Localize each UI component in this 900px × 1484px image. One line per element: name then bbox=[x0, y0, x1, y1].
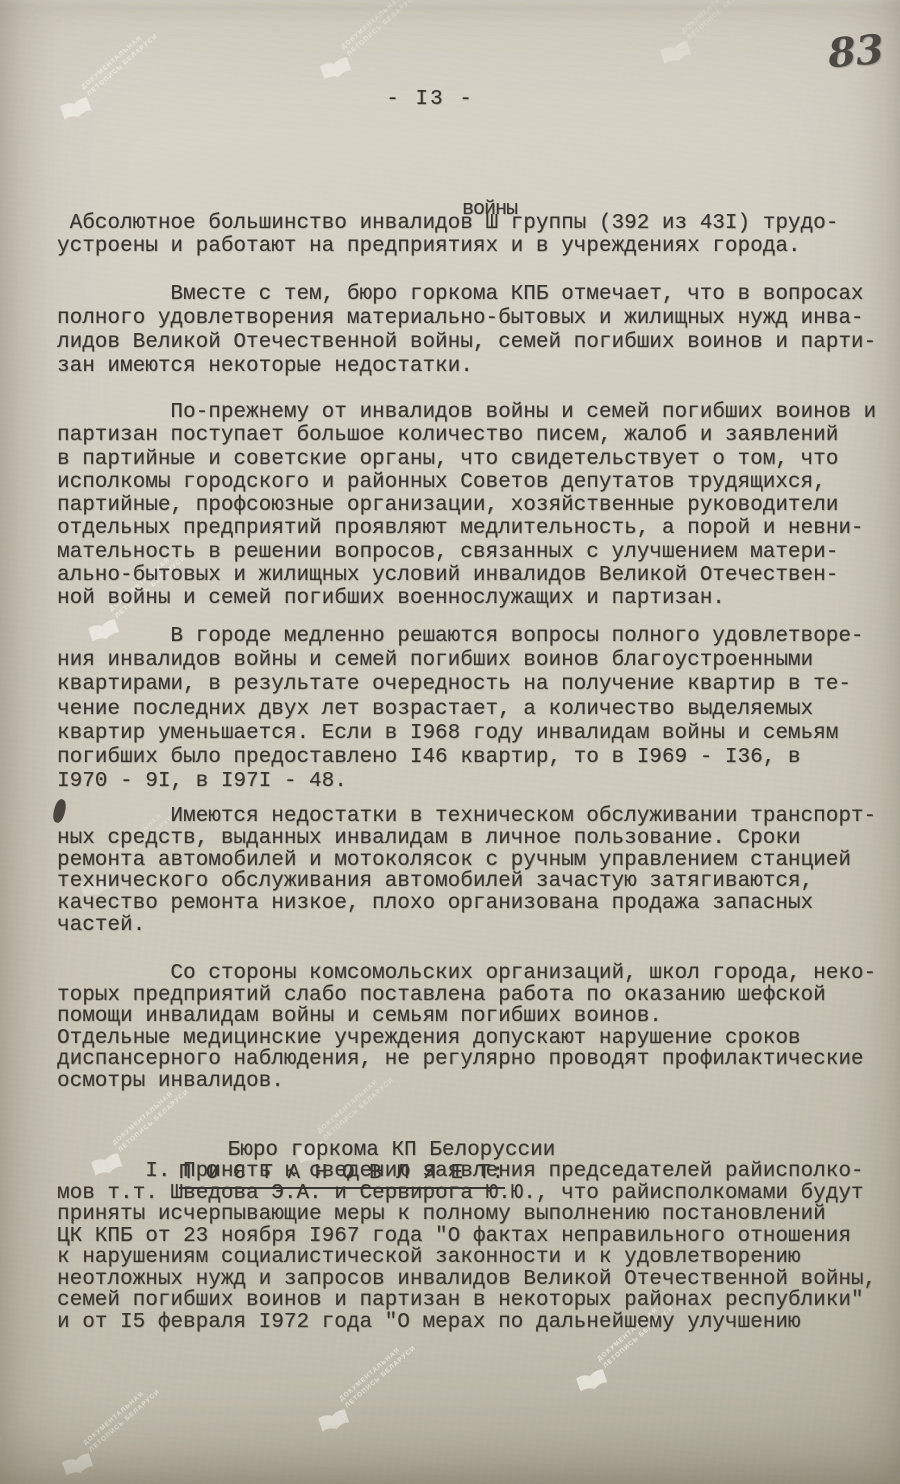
document-text: 83 - I3 - войны Абсолютное большинство и… bbox=[0, 0, 900, 1484]
text-line: качество ремонта низкое, плохо организов… bbox=[57, 893, 896, 915]
typed-page-number: - I3 - bbox=[0, 88, 860, 111]
text-line: Абсолютное большинство инвалидов Ш групп… bbox=[57, 212, 896, 235]
text-line: отдельных предприятий проявляют медлител… bbox=[57, 517, 896, 540]
text-line: По-прежнему от инвалидов войны и семей п… bbox=[57, 401, 896, 424]
text-line: и от I5 февраля I972 года "О мерах по да… bbox=[57, 1312, 896, 1334]
paragraph-5: Имеются недостатки в техническом обслужи… bbox=[57, 806, 896, 937]
text-line: ных средств, выданных инвалидам в личное… bbox=[57, 828, 896, 850]
paragraph-6: Со стороны комсомольских организаций, шк… bbox=[57, 963, 896, 1092]
paragraph-3: По-прежнему от инвалидов войны и семей п… bbox=[57, 401, 896, 611]
text-line: исполкомы городского и районных Советов … bbox=[57, 471, 896, 494]
text-line: полного удовлетворения материально-бытов… bbox=[57, 307, 896, 331]
paragraph-7: I. Принять к сведению заявления председа… bbox=[57, 1161, 896, 1333]
text-line: В городе медленно решаются вопросы полно… bbox=[57, 625, 896, 649]
text-line: лидов Великой Отечественной войны, семей… bbox=[57, 331, 896, 355]
text-line: ремонта автомобилей и мотоколясок с ручн… bbox=[57, 850, 896, 872]
text-line: Со стороны комсомольских организаций, шк… bbox=[57, 963, 896, 985]
text-line: Отдельные медицинские учреждения допуска… bbox=[57, 1028, 896, 1050]
text-line: ально-бытовых и жилищных условий инвалид… bbox=[57, 564, 896, 587]
paragraph-1: Абсолютное большинство инвалидов Ш групп… bbox=[57, 212, 896, 258]
text-line: торых предприятий слабо поставлена работ… bbox=[57, 985, 896, 1007]
text-line: в партийные и советские органы, что свид… bbox=[57, 448, 896, 471]
text-line: семей погибших воинов и партизан в некот… bbox=[57, 1290, 896, 1312]
text-line: I. Принять к сведению заявления председа… bbox=[57, 1161, 896, 1183]
text-line: помощи инвалидам войны и семьям погибших… bbox=[57, 1006, 896, 1028]
text-line: мательность в решении вопросов, связанны… bbox=[57, 541, 896, 564]
text-line: партизан поступает большое количество пи… bbox=[57, 424, 896, 447]
text-line: частей. bbox=[57, 915, 896, 937]
text-line: мов т.т. Шведова Э.А. и Сервирога Ю.Ю., … bbox=[57, 1183, 896, 1205]
text-line: ной войны и семей погибших военнослужащи… bbox=[57, 587, 896, 610]
text-line: осмотры инвалидов. bbox=[57, 1071, 896, 1093]
text-line: ния инвалидов войны и семей погибших вои… bbox=[57, 649, 896, 673]
text-line: погибших было предоставлено I46 квартир,… bbox=[57, 746, 896, 770]
scanned-document-page: ДОКУМЕНТАЛЬНАЯЛЕТОПИСЬ БЕЛАРУСИ ДОКУМЕНТ… bbox=[0, 0, 900, 1484]
text-line: технического обслуживания автомобилей за… bbox=[57, 871, 896, 893]
text-line: зан имеются некоторые недостатки. bbox=[57, 355, 896, 379]
resolution-prefix: Бюро горкома КП Белоруссии bbox=[228, 1139, 556, 1162]
paragraph-4: В городе медленно решаются вопросы полно… bbox=[57, 625, 896, 794]
handwritten-page-number: 83 bbox=[826, 26, 886, 78]
paragraph-2: Вместе с тем, бюро горкома КПБ отмечает,… bbox=[57, 283, 896, 379]
text-line: Имеются недостатки в техническом обслужи… bbox=[57, 806, 896, 828]
text-line: партийные, профсоюзные организации, хозя… bbox=[57, 494, 896, 517]
text-line: чение последних двух лет возрастает, а к… bbox=[57, 698, 896, 722]
text-line: Вместе с тем, бюро горкома КПБ отмечает,… bbox=[57, 283, 896, 307]
text-line: квартирами, в результате очередность на … bbox=[57, 673, 896, 697]
text-line: ЦК КПБ от 23 ноября I967 года "О фактах … bbox=[57, 1226, 896, 1248]
text-line: к нарушениям социалистической законности… bbox=[57, 1247, 896, 1269]
text-line: неотложных нужд и запросов инвалидов Вел… bbox=[57, 1269, 896, 1291]
text-line: приняты исчерпывающие меры к полному вып… bbox=[57, 1204, 896, 1226]
text-line: устроены и работают на предприятиях и в … bbox=[57, 235, 896, 258]
text-line: диспансерного наблюдения, не регулярно п… bbox=[57, 1049, 896, 1071]
text-line: I970 - 9I, в I97I - 48. bbox=[57, 770, 896, 794]
text-line: квартир уменьшается. Если в I968 году ин… bbox=[57, 722, 896, 746]
